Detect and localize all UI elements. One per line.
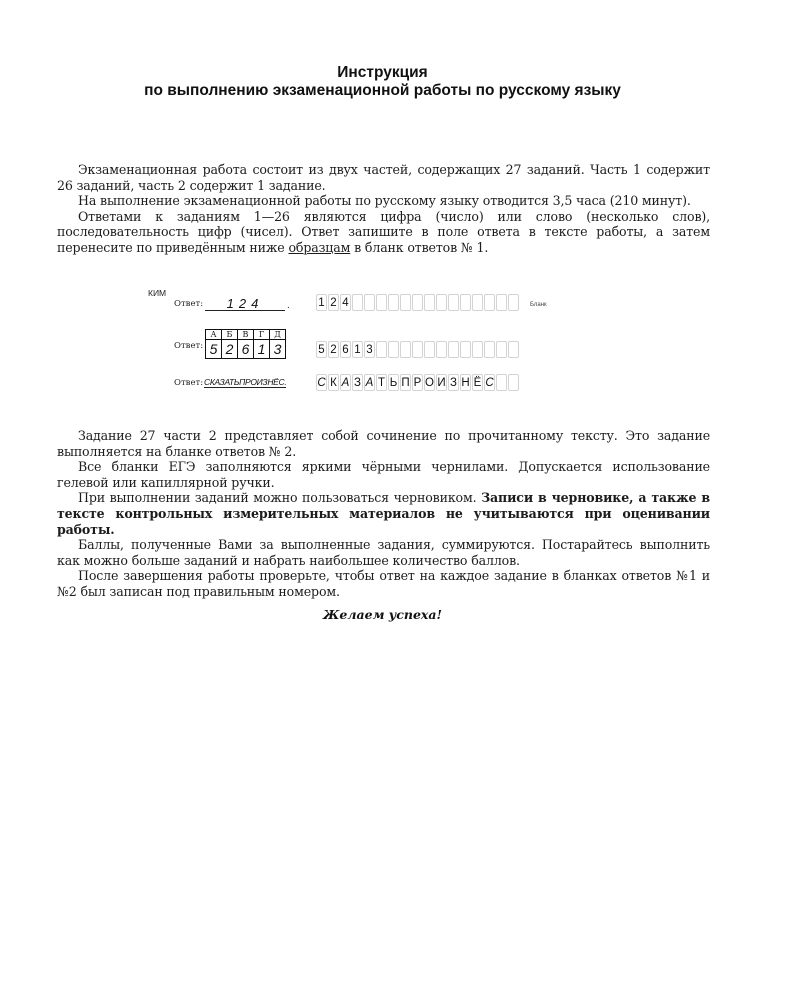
title-line-2: по выполнению экзаменационной работы по … (0, 82, 765, 100)
answer-cell (376, 341, 387, 358)
answer-cell: С (484, 374, 495, 391)
answer-cell (448, 294, 459, 311)
rules-paragraph-4: Баллы, полученные Вами за выполненные за… (57, 537, 710, 568)
letter-table-value-cell: 5 (206, 340, 222, 359)
page-title: Инструкция по выполнению экзаменационной… (0, 64, 765, 100)
answer-cell: 5 (316, 341, 327, 358)
answer-cell: А (340, 374, 351, 391)
answer-cell (472, 341, 483, 358)
answer-cell: Р (412, 374, 423, 391)
answer-value-3: СКАЗАТЬПРОИЗНЁС. (204, 377, 286, 388)
answer-cell (448, 341, 459, 358)
title-line-1: Инструкция (0, 64, 765, 82)
answer-dot-1: . (287, 300, 290, 311)
answer-cell: 6 (340, 341, 351, 358)
letter-table-value-cell: 1 (254, 340, 270, 359)
answer-cell (496, 294, 507, 311)
answer-cell (484, 294, 495, 311)
answer-cell (472, 294, 483, 311)
answer-label-1: Ответ: (174, 299, 203, 309)
answer-grid-2: 52613 (316, 341, 520, 358)
answer-cell (496, 341, 507, 358)
answer-grid-3: СКАЗАТЬПРОИЗНЁС (316, 374, 520, 391)
answer-cell: Ё (472, 374, 483, 391)
rules-paragraph-5: После завершения работы проверьте, чтобы… (57, 568, 710, 599)
answer-cell: 4 (340, 294, 351, 311)
answer-cell: З (352, 374, 363, 391)
answer-cell (484, 341, 495, 358)
answer-cell (424, 294, 435, 311)
answer-cell: 2 (328, 294, 339, 311)
rules-paragraph-3: При выполнении заданий можно пользоватьс… (57, 490, 710, 537)
intro-p3-tail: в бланк ответов № 1. (350, 240, 488, 255)
letter-table-value-row: 52613 (206, 340, 286, 359)
answer-cell (412, 294, 423, 311)
rules-paragraph-2: Все бланки ЕГЭ заполняются яркими чёрным… (57, 459, 710, 490)
answer-grid-1: 124 (316, 294, 520, 311)
letter-table-value-cell: 2 (222, 340, 238, 359)
letter-table-value-cell: 6 (238, 340, 254, 359)
answer-cell (508, 374, 519, 391)
answer-cell: А (364, 374, 375, 391)
answer-cell (388, 294, 399, 311)
instruction-page: Инструкция по выполнению экзаменационной… (0, 0, 800, 1000)
answer-cell (436, 341, 447, 358)
answer-cell (508, 294, 519, 311)
rules-section: Задание 27 части 2 представляет собой со… (57, 428, 710, 600)
answer-cell: Т (376, 374, 387, 391)
answer-cell: С (316, 374, 327, 391)
answer-cell: К (328, 374, 339, 391)
intro-section: Экзаменационная работа состоит из двух ч… (57, 162, 710, 256)
intro-paragraph-2: На выполнение экзаменационной работы по … (57, 193, 710, 209)
answer-cell (496, 374, 507, 391)
answer-cell (400, 341, 411, 358)
answer-cell (508, 341, 519, 358)
answer-label-2: Ответ: (174, 341, 203, 351)
answer-cell: 2 (328, 341, 339, 358)
letter-table-value-cell: 3 (270, 340, 286, 359)
answer-cell: О (424, 374, 435, 391)
answer-cell (376, 294, 387, 311)
rules-paragraph-1: Задание 27 части 2 представляет собой со… (57, 428, 710, 459)
answer-cell (388, 341, 399, 358)
answer-cell (424, 341, 435, 358)
letter-table-header-row: АБВГД (206, 330, 286, 340)
intro-paragraph-3: Ответами к заданиям 1—26 являются цифра … (57, 209, 710, 256)
samples-link: образцам (288, 240, 350, 255)
answer-cell: Н (460, 374, 471, 391)
intro-paragraph-1: Экзаменационная работа состоит из двух ч… (57, 162, 710, 193)
blank-label: Бланк (530, 302, 547, 308)
answer-cell (364, 294, 375, 311)
letter-table-header-cell: В (238, 330, 254, 340)
answer-cell (460, 341, 471, 358)
kim-label: КИМ (148, 288, 166, 298)
answer-cell: П (400, 374, 411, 391)
answer-cell (412, 341, 423, 358)
answer-cell: 1 (352, 341, 363, 358)
answer-cell (352, 294, 363, 311)
closing-wish: Желаем успеха! (0, 607, 765, 622)
answer-label-3: Ответ: (174, 378, 203, 388)
answer-cell (400, 294, 411, 311)
letter-table-header-cell: Г (254, 330, 270, 340)
letter-match-table: АБВГД 52613 (205, 329, 286, 359)
letter-table-header-cell: Б (222, 330, 238, 340)
answer-cell: 3 (364, 341, 375, 358)
answer-cell: З (448, 374, 459, 391)
answer-cell: Ь (388, 374, 399, 391)
answer-cell (436, 294, 447, 311)
rules-p3-text: При выполнении заданий можно пользоватьс… (78, 490, 481, 505)
answer-cell (460, 294, 471, 311)
answer-value-1: 124 (205, 296, 285, 311)
answer-cell: И (436, 374, 447, 391)
answer-cell: 1 (316, 294, 327, 311)
letter-table-header-cell: А (206, 330, 222, 340)
letter-table-header-cell: Д (270, 330, 286, 340)
